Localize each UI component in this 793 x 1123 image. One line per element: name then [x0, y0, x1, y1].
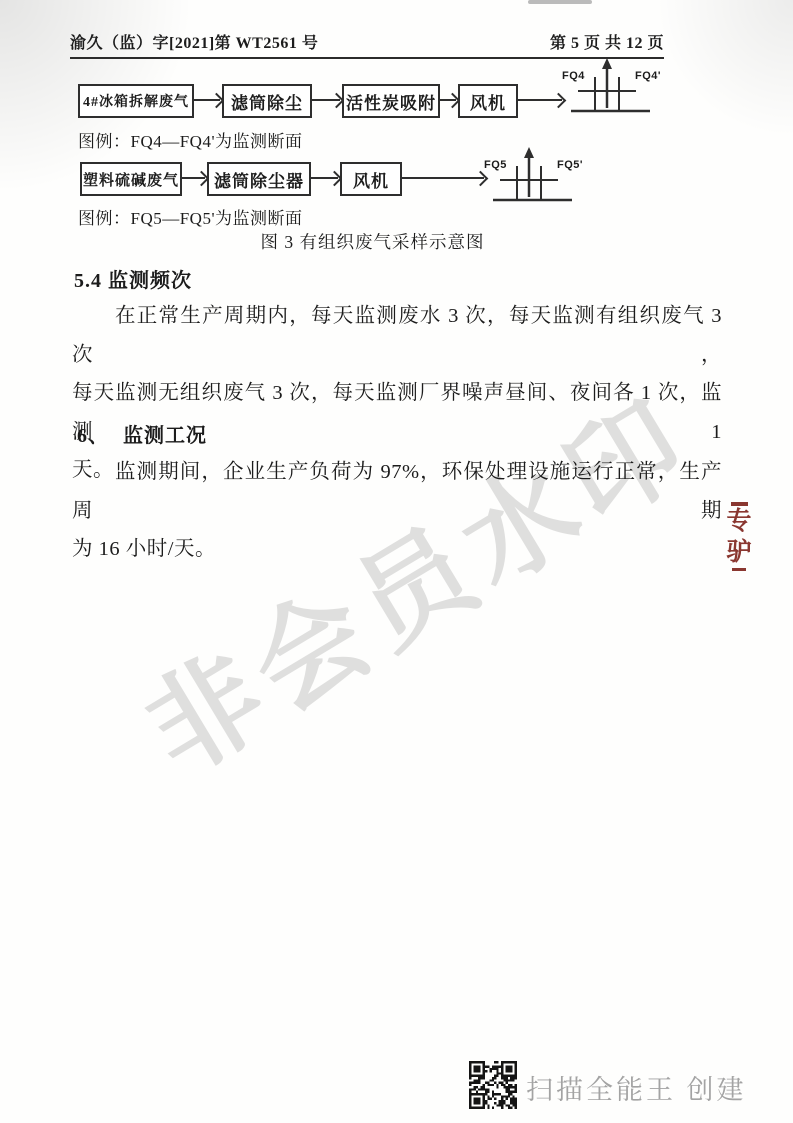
section-6-number: 6、 [77, 425, 109, 447]
sampling-section-symbol-fq5: FQ5 FQ5' [490, 147, 575, 203]
flow2-legend: 图例：FQ5—FQ5'为监测断面 [78, 204, 303, 229]
section-5-4-heading: 5.4 监测频次 [74, 264, 192, 293]
paragraph-line: 监测期间，企业生产负荷为 97%，环保处理设施运行正常，生产周期 [72, 453, 722, 530]
flow1-box-source: 4#冰箱拆解废气 [78, 84, 194, 118]
stack-outline-icon [568, 58, 653, 114]
flow1-box-carbon: 活性炭吸附 [342, 84, 440, 118]
flow2-box-fan: 风机 [340, 162, 402, 196]
section-start-label: FQ5 [484, 159, 507, 171]
section-end-label: FQ5' [557, 159, 583, 171]
section-end-label: FQ4' [635, 70, 661, 82]
arrow-right-icon [402, 177, 484, 179]
arrow-right-icon [440, 99, 456, 101]
qr-code-icon [469, 1061, 517, 1109]
arrow-right-icon [182, 177, 205, 179]
seal-bar [732, 568, 746, 572]
paragraph-line: 为 16 小时/天。 [72, 530, 722, 569]
scanner-credit-text: 扫描全能王 创建 [526, 1068, 747, 1107]
section-6-heading: 6、监测工况 [77, 419, 207, 448]
figure-caption: 图 3 有组织废气采样示意图 [0, 229, 745, 254]
seal-character: 专 [726, 506, 751, 537]
sampling-section-symbol-fq4: FQ4 FQ4' [568, 58, 653, 114]
paragraph-line: 在正常生产周期内，每天监测废水 3 次，每天监测有组织废气 3 次， [72, 297, 722, 374]
flow1-box-filter: 滤筒除尘 [222, 84, 312, 118]
arrow-right-icon [194, 99, 220, 101]
section-6-title: 监测工况 [123, 425, 207, 447]
arrow-right-icon [312, 99, 340, 101]
flow2-box-source: 塑料硫碱废气 [80, 162, 182, 196]
flow2-box-filter: 滤筒除尘器 [207, 162, 311, 196]
arrow-right-icon [311, 177, 338, 179]
section-6-paragraph: 监测期间，企业生产负荷为 97%，环保处理设施运行正常，生产周期 为 16 小时… [72, 453, 722, 569]
document-number: 渝久（监）字[2021]第 WT2561 号 [70, 30, 318, 53]
arrow-right-icon [518, 99, 562, 101]
scan-artifact [528, 0, 592, 4]
page-number: 第 5 页 共 12 页 [550, 30, 664, 53]
flow1-legend: 图例：FQ4—FQ4'为监测断面 [78, 127, 303, 152]
page-header: 渝久（监）字[2021]第 WT2561 号 第 5 页 共 12 页 [70, 30, 664, 59]
scanned-document-page: 非会员水印 渝久（监）字[2021]第 WT2561 号 第 5 页 共 12 … [0, 0, 793, 1123]
seal-character: 驴 [726, 537, 751, 568]
qr-code [469, 1061, 517, 1109]
stack-outline-icon [490, 147, 575, 203]
section-start-label: FQ4 [562, 70, 585, 82]
red-seal-fragment: 专 驴 [725, 502, 753, 571]
flow1-box-fan: 风机 [458, 84, 518, 118]
